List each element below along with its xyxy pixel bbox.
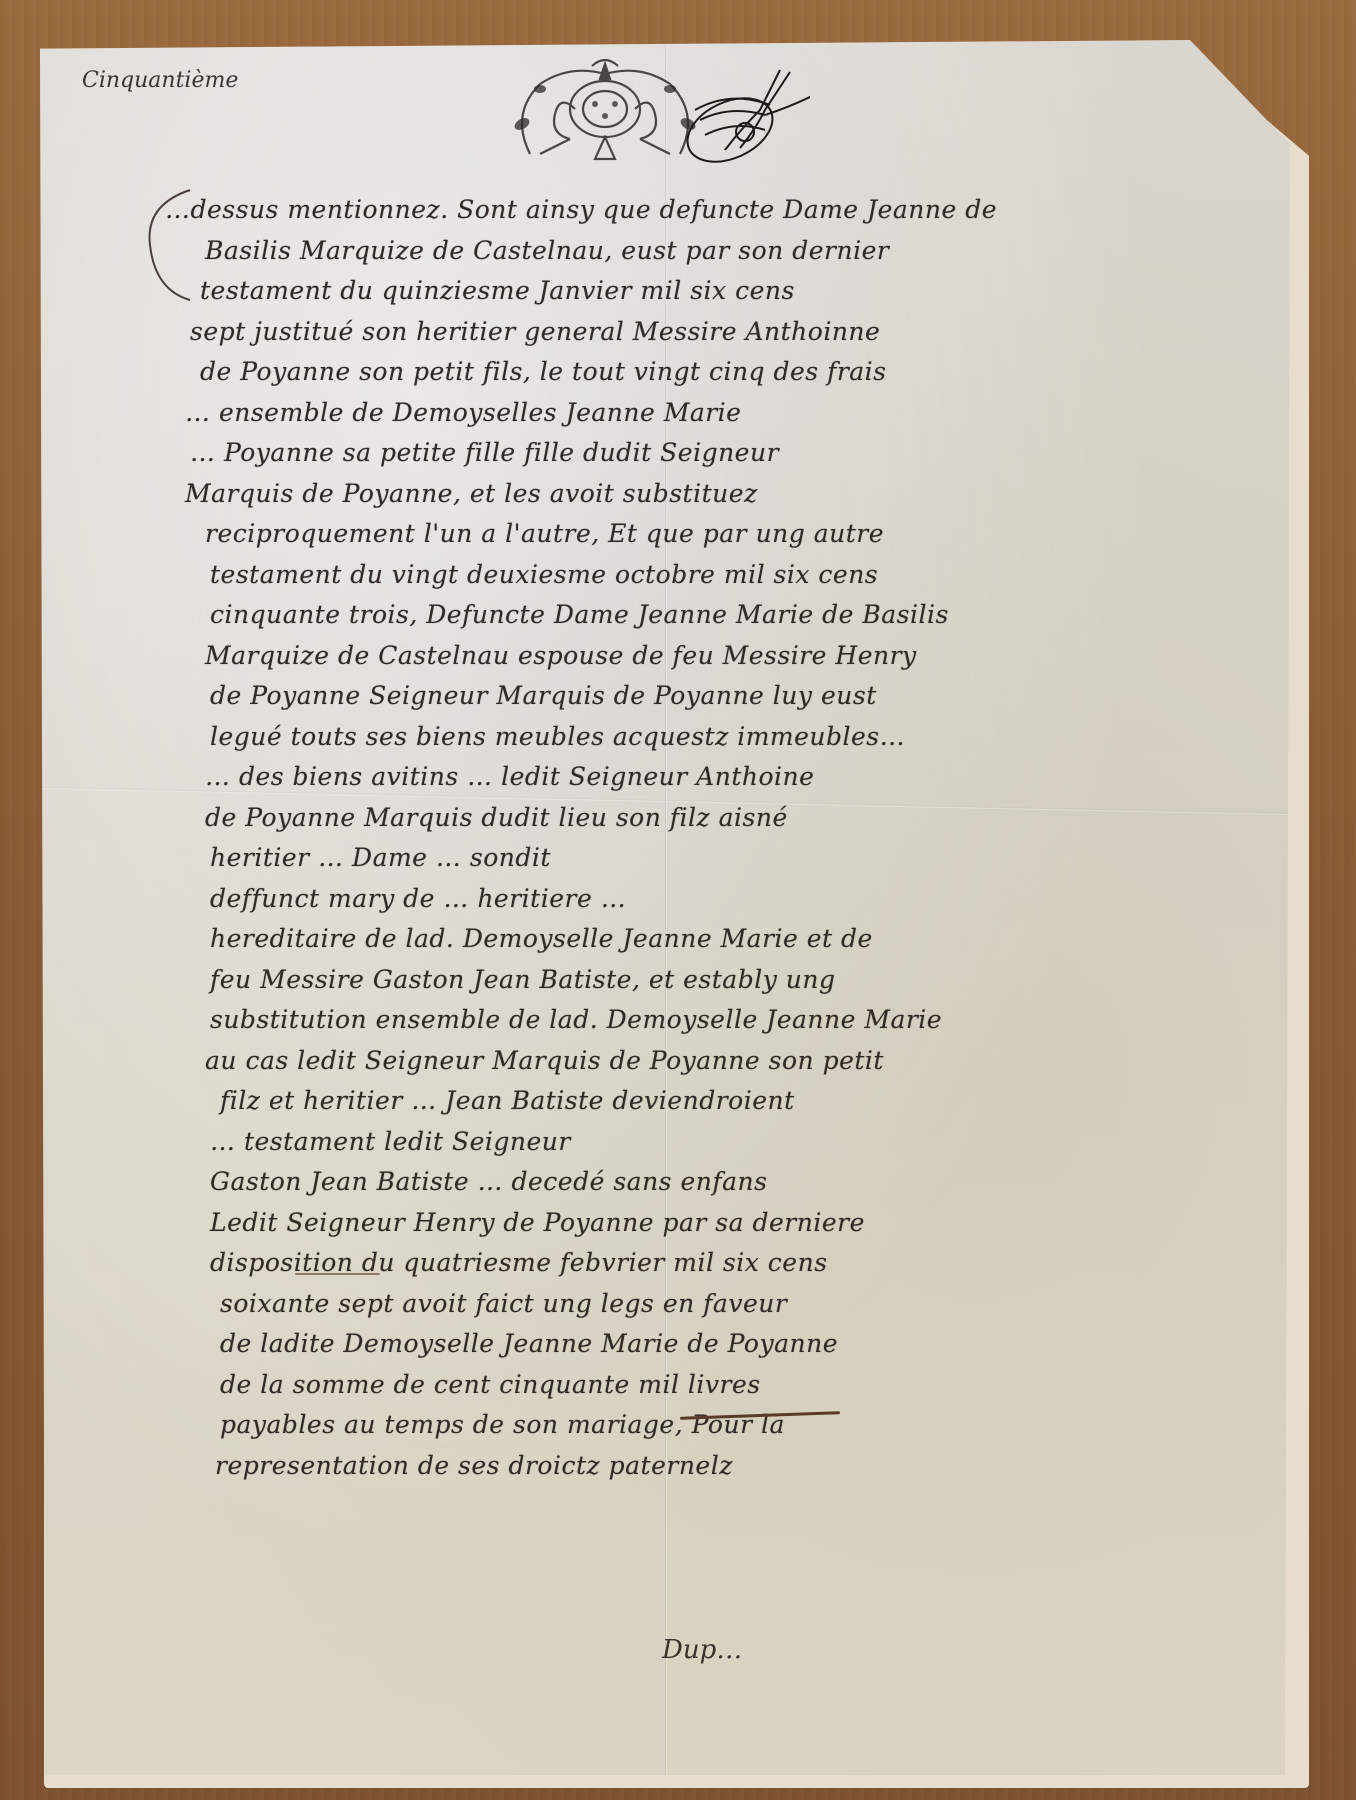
margin-annotation: Cinquantième — [82, 68, 238, 93]
text-line: …dessus mentionnez. Sont ainsy que defun… — [110, 190, 1260, 231]
text-line: de Poyanne Marquis dudit lieu son filz a… — [110, 798, 1260, 839]
manuscript-page: Cinquantième — [40, 40, 1290, 1775]
text-line: feu Messire Gaston Jean Batiste, et esta… — [110, 960, 1260, 1001]
text-line: payables au temps de son mariage, Pour l… — [110, 1405, 1260, 1446]
text-line: hereditaire de lad. Demoyselle Jeanne Ma… — [110, 919, 1260, 960]
text-line: Basilis Marquize de Castelnau, eust par … — [110, 231, 1260, 272]
underline-stroke — [295, 1273, 380, 1275]
text-line: … ensemble de Demoyselles Jeanne Marie — [110, 393, 1260, 434]
text-line: Ledit Seigneur Henry de Poyanne par sa d… — [110, 1203, 1260, 1244]
text-line: sept justitué son heritier general Messi… — [110, 312, 1260, 353]
text-line: … des biens avitins … ledit Seigneur Ant… — [110, 757, 1260, 798]
text-line: … testament ledit Seigneur — [110, 1122, 1260, 1163]
closing-paraph: Dup… — [662, 1635, 742, 1665]
text-line: representation de ses droictz paternelz — [110, 1446, 1260, 1487]
text-line: reciproquement l'un a l'autre, Et que pa… — [110, 514, 1260, 555]
text-line: Gaston Jean Batiste … decedé sans enfans — [110, 1162, 1260, 1203]
text-line: legué touts ses biens meubles acquestz i… — [110, 717, 1260, 758]
text-line: disposition du quatriesme febvrier mil s… — [110, 1243, 1260, 1284]
text-line: heritier … Dame … sondit — [110, 838, 1260, 879]
text-line: substitution ensemble de lad. Demoyselle… — [110, 1000, 1260, 1041]
text-line: testament du quinziesme Janvier mil six … — [110, 271, 1260, 312]
text-line: … Poyanne sa petite fille fille dudit Se… — [110, 433, 1260, 474]
text-line: filz et heritier … Jean Batiste deviendr… — [110, 1081, 1260, 1122]
text-line: de la somme de cent cinquante mil livres — [110, 1365, 1260, 1406]
text-line: de Poyanne Seigneur Marquis de Poyanne l… — [110, 676, 1260, 717]
manuscript-body-text: …dessus mentionnez. Sont ainsy que defun… — [110, 190, 1260, 1486]
signature-paraph-icon — [670, 60, 810, 170]
text-line: au cas ledit Seigneur Marquis de Poyanne… — [110, 1041, 1260, 1082]
text-line: testament du vingt deuxiesme octobre mil… — [110, 555, 1260, 596]
text-line: Marquize de Castelnau espouse de feu Mes… — [110, 636, 1260, 677]
text-line: cinquante trois, Defuncte Dame Jeanne Ma… — [110, 595, 1260, 636]
text-line: de Poyanne son petit fils, le tout vingt… — [110, 352, 1260, 393]
text-line: Marquis de Poyanne, et les avoit substit… — [110, 474, 1260, 515]
text-line: deffunct mary de … heritiere … — [110, 879, 1260, 920]
text-line: soixante sept avoit faict ung legs en fa… — [110, 1284, 1260, 1325]
text-line: de ladite Demoyselle Jeanne Marie de Poy… — [110, 1324, 1260, 1365]
